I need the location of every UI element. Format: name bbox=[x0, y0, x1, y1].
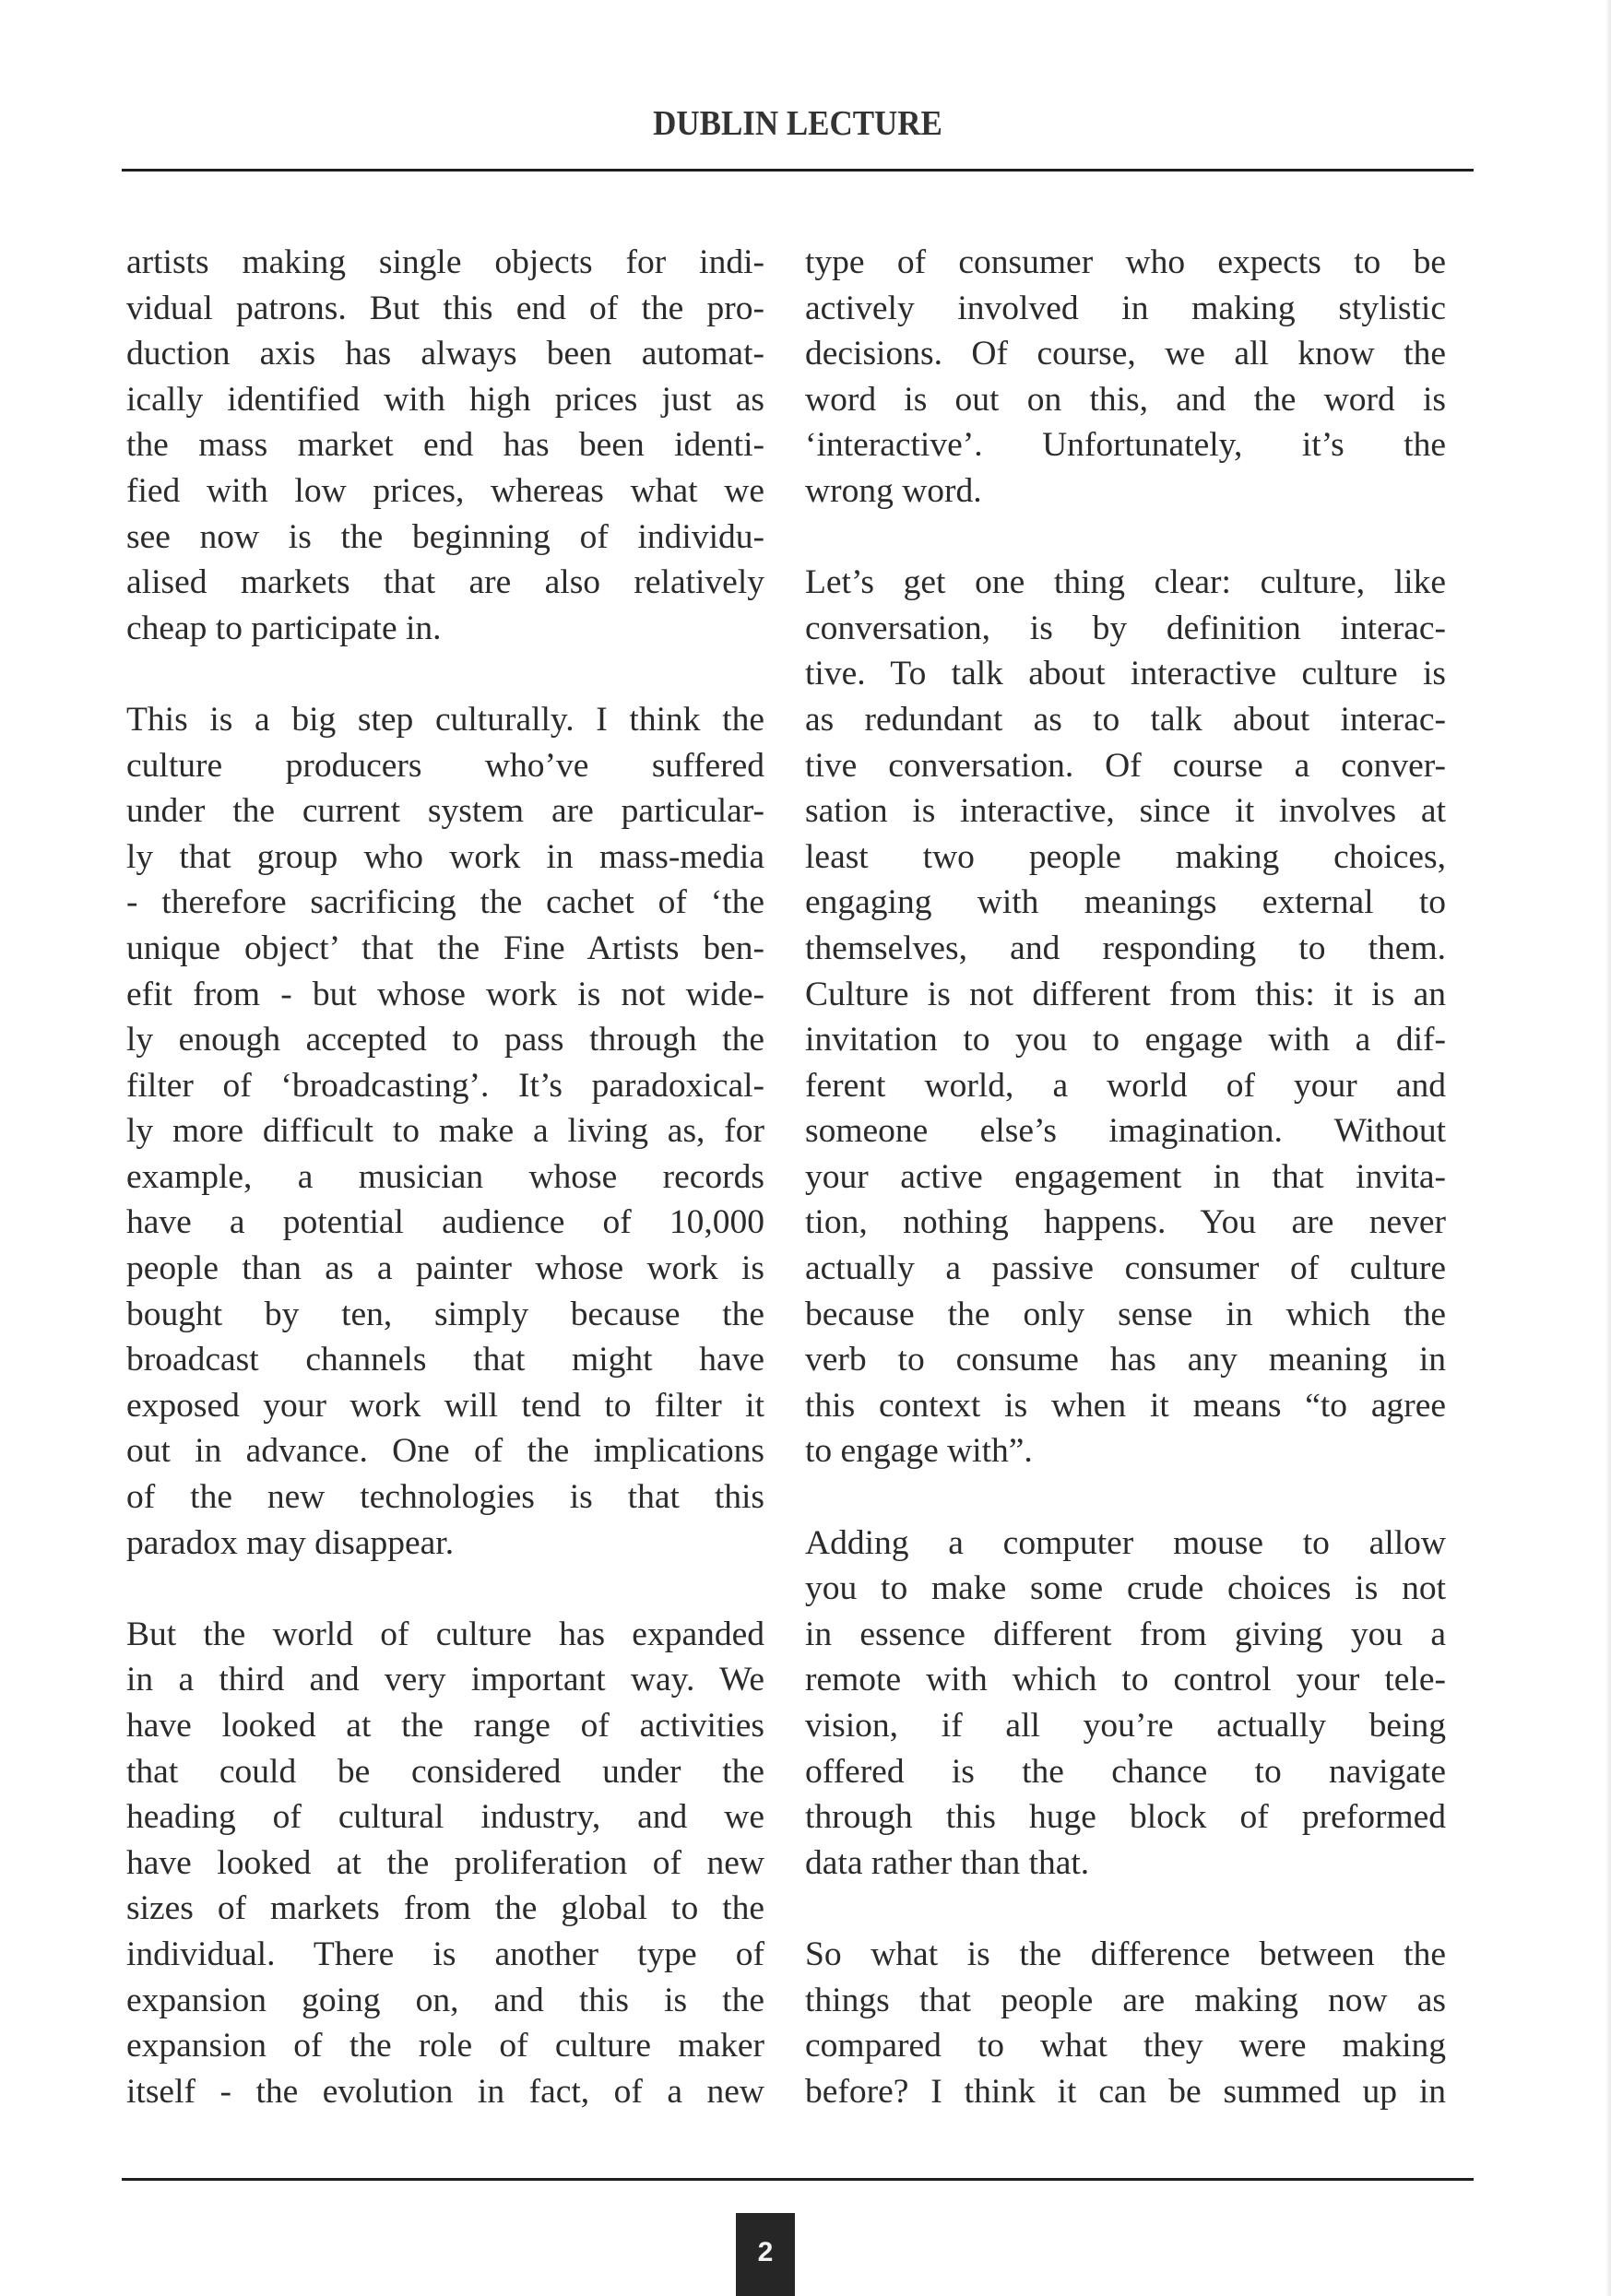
text-line: have a potential audience of 10,000 bbox=[126, 1200, 764, 1246]
text-line: have looked at the proliferation of new bbox=[126, 1840, 764, 1887]
text-line: that could be considered under the bbox=[126, 1749, 764, 1795]
text-line: ‘interactive’. Unfortunately, it’s the bbox=[805, 422, 1446, 468]
text-line: compared to what they were making bbox=[805, 2023, 1446, 2069]
text-line: culture producers who’ve suffered bbox=[126, 743, 764, 789]
text-line: bought by ten, simply because the bbox=[126, 1292, 764, 1338]
text-line: expansion of the role of culture maker bbox=[126, 2023, 764, 2069]
text-line: you to make some crude choices is not bbox=[805, 1566, 1446, 1612]
text-line: because the only sense in which the bbox=[805, 1292, 1446, 1338]
text-line: vidual patrons. But this end of the pro- bbox=[126, 286, 764, 332]
text-line: remote with which to control your tele- bbox=[805, 1657, 1446, 1703]
text-line: tion, nothing happens. You are never bbox=[805, 1200, 1446, 1246]
text-line: actively involved in making stylistic bbox=[805, 286, 1446, 332]
text-line: sation is interactive, since it involves… bbox=[805, 788, 1446, 834]
text-line: data rather than that. bbox=[805, 1840, 1446, 1887]
text-line: invitation to you to engage with a dif- bbox=[805, 1017, 1446, 1063]
text-line: out in advance. One of the implications bbox=[126, 1428, 764, 1474]
paragraph: Adding a computer mouse to allowyou to m… bbox=[805, 1521, 1446, 1887]
text-line: wrong word. bbox=[805, 468, 1446, 515]
text-line: things that people are making now as bbox=[805, 1978, 1446, 2024]
text-line: people than as a painter whose work is bbox=[126, 1246, 764, 1292]
text-line: the mass market end has been identi- bbox=[126, 422, 764, 468]
footer-rule bbox=[122, 2178, 1474, 2181]
text-line: Adding a computer mouse to allow bbox=[805, 1521, 1446, 1567]
text-line: itself - the evolution in fact, of a new bbox=[126, 2069, 764, 2115]
text-line: ly that group who work in mass-media bbox=[126, 834, 764, 881]
text-line: vision, if all you’re actually being bbox=[805, 1703, 1446, 1749]
text-line: duction axis has always been automat- bbox=[126, 331, 764, 377]
text-line: So what is the difference between the bbox=[805, 1932, 1446, 1978]
text-line: under the current system are particular- bbox=[126, 788, 764, 834]
paragraph: artists making single objects for indi-v… bbox=[126, 240, 764, 651]
text-line: tive conversation. Of course a conver- bbox=[805, 743, 1446, 789]
text-line: least two people making choices, bbox=[805, 834, 1446, 881]
text-line: - therefore sacrificing the cachet of ‘t… bbox=[126, 880, 764, 926]
text-line: broadcast channels that might have bbox=[126, 1337, 764, 1383]
left-column: artists making single objects for indi-v… bbox=[126, 240, 764, 2160]
text-line: in essence different from giving you a bbox=[805, 1612, 1446, 1658]
text-line: unique object’ that the Fine Artists ben… bbox=[126, 926, 764, 972]
text-line: ly enough accepted to pass through the bbox=[126, 1017, 764, 1063]
text-line: this context is when it means “to agree bbox=[805, 1383, 1446, 1429]
page-edge-shadow bbox=[1605, 0, 1611, 2296]
text-line: cheap to participate in. bbox=[126, 606, 764, 652]
text-line: someone else’s imagination. Without bbox=[805, 1108, 1446, 1154]
paragraph: type of consumer who expects to beactive… bbox=[805, 240, 1446, 515]
text-line: fied with low prices, whereas what we bbox=[126, 468, 764, 515]
text-line: conversation, is by definition interac- bbox=[805, 606, 1446, 652]
text-line: see now is the beginning of individu- bbox=[126, 515, 764, 561]
text-line: your active engagement in that invita- bbox=[805, 1154, 1446, 1201]
text-line: word is out on this, and the word is bbox=[805, 377, 1446, 423]
text-line: themselves, and responding to them. bbox=[805, 926, 1446, 972]
text-line: individual. There is another type of bbox=[126, 1932, 764, 1978]
text-line: exposed your work will tend to filter it bbox=[126, 1383, 764, 1429]
right-column: type of consumer who expects to beactive… bbox=[805, 240, 1446, 2160]
text-line: expansion going on, and this is the bbox=[126, 1978, 764, 2024]
text-line: engaging with meanings external to bbox=[805, 880, 1446, 926]
text-line: alised markets that are also relatively bbox=[126, 560, 764, 606]
text-line: through this huge block of preformed bbox=[805, 1794, 1446, 1840]
text-line: of the new technologies is that this bbox=[126, 1474, 764, 1521]
paragraph: Let’s get one thing clear: culture, like… bbox=[805, 560, 1446, 1474]
text-line: verb to consume has any meaning in bbox=[805, 1337, 1446, 1383]
text-line: before? I think it can be summed up in bbox=[805, 2069, 1446, 2115]
text-line: tive. To talk about interactive culture … bbox=[805, 651, 1446, 697]
text-line: paradox may disappear. bbox=[126, 1521, 764, 1567]
paragraph: But the world of culture has expandedin … bbox=[126, 1612, 764, 2115]
text-line: sizes of markets from the global to the bbox=[126, 1886, 764, 1932]
text-line: filter of ‘broadcasting’. It’s paradoxic… bbox=[126, 1063, 764, 1109]
header-rule bbox=[122, 169, 1474, 172]
running-header-title: DUBLIN LECTURE bbox=[64, 103, 1532, 144]
text-line: ly more difficult to make a living as, f… bbox=[126, 1108, 764, 1154]
paragraph: So what is the difference between thethi… bbox=[805, 1932, 1446, 2114]
text-line: Culture is not different from this: it i… bbox=[805, 972, 1446, 1018]
page-number: 2 bbox=[758, 2237, 774, 2268]
text-line: ically identified with high prices just … bbox=[126, 377, 764, 423]
paragraph: This is a big step culturally. I think t… bbox=[126, 697, 764, 1566]
text-line: ferent world, a world of your and bbox=[805, 1063, 1446, 1109]
text-line: heading of cultural industry, and we bbox=[126, 1794, 764, 1840]
text-line: in a third and very important way. We bbox=[126, 1657, 764, 1703]
text-line: Let’s get one thing clear: culture, like bbox=[805, 560, 1446, 606]
text-line: have looked at the range of activities bbox=[126, 1703, 764, 1749]
text-line: But the world of culture has expanded bbox=[126, 1612, 764, 1658]
text-line: type of consumer who expects to be bbox=[805, 240, 1446, 286]
text-line: decisions. Of course, we all know the bbox=[805, 331, 1446, 377]
text-line: to engage with”. bbox=[805, 1428, 1446, 1474]
text-line: actually a passive consumer of culture bbox=[805, 1246, 1446, 1292]
text-line: efit from - but whose work is not wide- bbox=[126, 972, 764, 1018]
text-line: as redundant as to talk about interac- bbox=[805, 697, 1446, 743]
text-line: example, a musician whose records bbox=[126, 1154, 764, 1201]
text-line: This is a big step culturally. I think t… bbox=[126, 697, 764, 743]
text-line: artists making single objects for indi- bbox=[126, 240, 764, 286]
page-number-badge: 2 bbox=[736, 2213, 795, 2296]
text-line: offered is the chance to navigate bbox=[805, 1749, 1446, 1795]
